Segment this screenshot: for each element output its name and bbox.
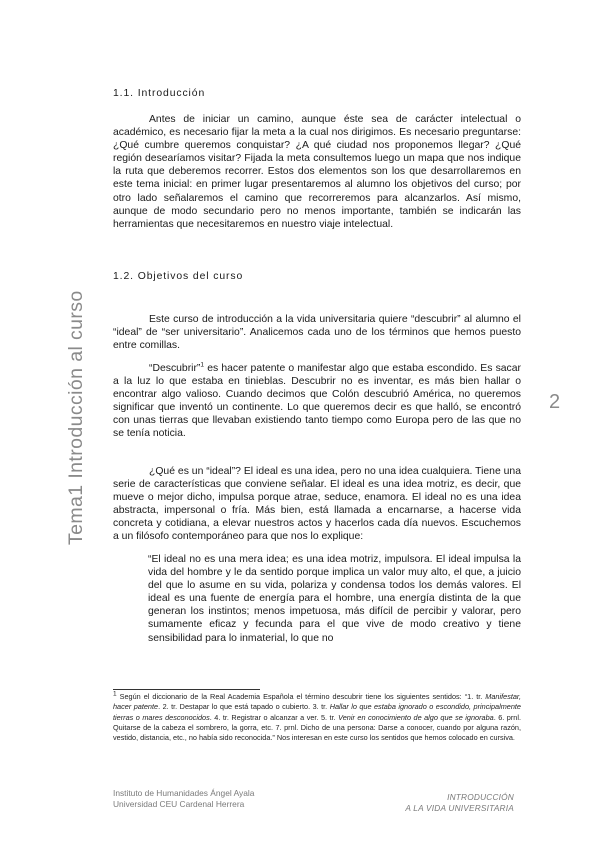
block-quote: “El ideal no es una mera idea; es una id…	[148, 553, 521, 645]
paragraph: Este curso de introducción a la vida uni…	[113, 313, 521, 352]
section-introduccion-body: Antes de iniciar un camino, aunque éste …	[113, 113, 521, 231]
section-heading-objetivos: 1.2. Objetivos del curso	[113, 271, 521, 282]
footnote-divider	[113, 689, 260, 690]
fn-part: Según el diccionario de la Real Academia…	[117, 692, 486, 701]
section-heading-introduccion: 1.1. Introducción	[113, 88, 521, 99]
fn-part: Venir en conocimiento de algo que se ign…	[338, 713, 494, 722]
document-page: Tema1 Introducción al curso 2 1.1. Intro…	[0, 0, 599, 848]
page-number: 2	[549, 391, 560, 414]
footer-institute: Instituto de Humanidades Ángel Ayala	[113, 788, 254, 799]
side-chapter-title: Tema1 Introducción al curso	[65, 290, 88, 545]
text: “Descubrir”	[149, 363, 200, 374]
footer-university: Universidad CEU Cardenal Herrera	[113, 799, 254, 810]
text: es hacer patente o manifestar algo que e…	[113, 363, 521, 439]
footer-course-line2: A LA VIDA UNIVERSITARIA	[380, 803, 514, 814]
paragraph: Antes de iniciar un camino, aunque éste …	[113, 113, 521, 231]
paragraph-block: ¿Qué es un “ideal”? El ideal es una idea…	[113, 465, 521, 544]
fn-part: . 4. tr. Registrar o alcanzar a ver. 5. …	[210, 713, 338, 722]
quote-text: “El ideal no es una mera idea; es una id…	[148, 553, 521, 645]
paragraph-block: “Descubrir”1 es hacer patente o manifest…	[113, 362, 521, 441]
paragraph: ¿Qué es un “ideal”? El ideal es una idea…	[113, 465, 521, 544]
paragraph-block: Este curso de introducción a la vida uni…	[113, 313, 521, 352]
paragraph-descubrir: “Descubrir”1 es hacer patente o manifest…	[113, 362, 521, 441]
footer-institution: Instituto de Humanidades Ángel Ayala Uni…	[113, 788, 254, 809]
footnote-1: 1 Según el diccionario de la Real Academ…	[113, 692, 521, 743]
footer-course-title: INTRODUCCIÓN A LA VIDA UNIVERSITARIA	[380, 792, 514, 813]
fn-part: . 2. tr. Destapar lo que está tapado o c…	[158, 702, 330, 711]
footer-course-line1: INTRODUCCIÓN	[380, 792, 514, 803]
